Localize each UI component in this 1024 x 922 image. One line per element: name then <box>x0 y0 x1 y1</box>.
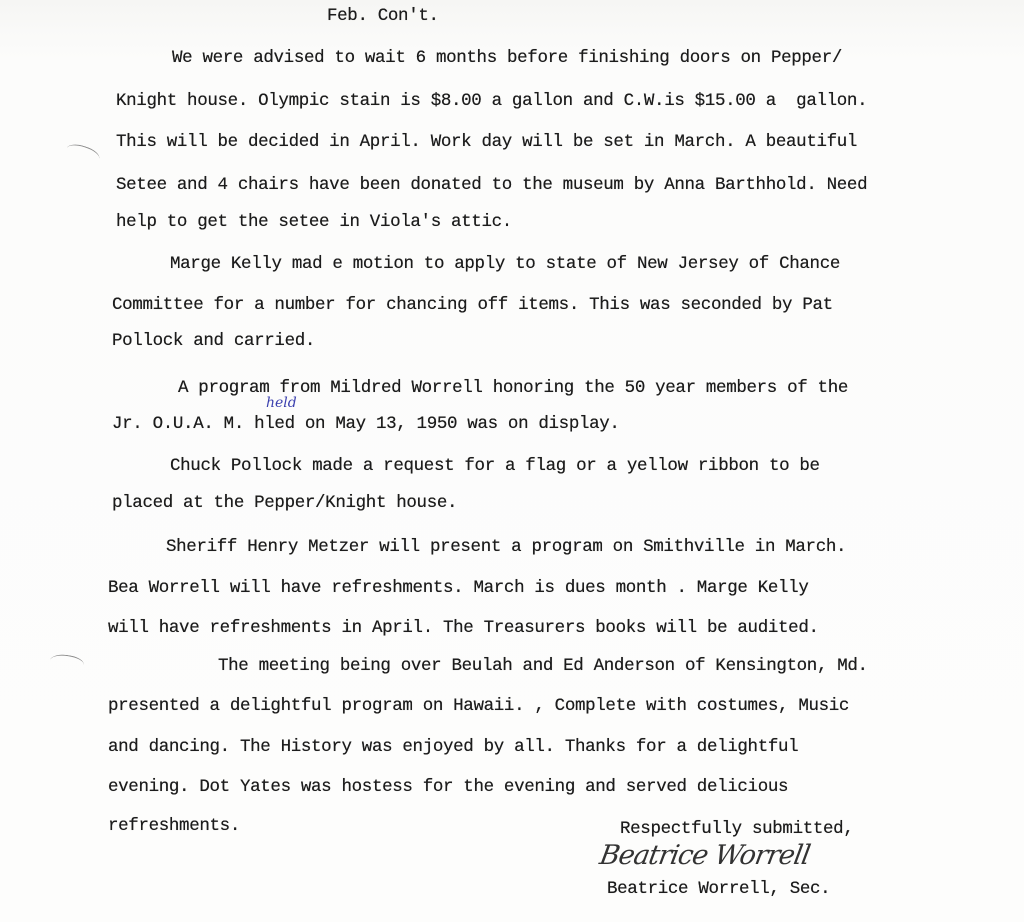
text-line: placed at the Pepper/Knight house. <box>112 495 457 513</box>
typed-minutes-page: Feb. Con't. We were advised to wait 6 mo… <box>0 0 1024 922</box>
margin-pencil-mark <box>49 653 85 673</box>
text-line: Chuck Pollock made a request for a flag … <box>170 458 820 476</box>
text-line: evening. Dot Yates was hostess for the e… <box>108 779 788 797</box>
signer-name: Beatrice Worrell, Sec. <box>607 881 830 899</box>
text-line: Committee for a number for chancing off … <box>112 297 833 315</box>
page-heading: Feb. Con't. <box>327 8 439 26</box>
text-line: Setee and 4 chairs have been donated to … <box>116 177 867 195</box>
text-line: The meeting being over Beulah and Ed And… <box>218 658 868 676</box>
closing-text: Respectfully submitted, <box>620 821 854 839</box>
text-line: will have refreshments in April. The Tre… <box>108 620 819 638</box>
text-line: Jr. O.U.A. M. hled on May 13, 1950 was o… <box>112 416 620 434</box>
text-line: Marge Kelly mad e motion to apply to sta… <box>170 256 840 274</box>
text-line: and dancing. The History was enjoyed by … <box>108 739 798 757</box>
text-line: presented a delightful program on Hawaii… <box>108 698 849 716</box>
text-line: refreshments. <box>108 818 240 836</box>
text-line: help to get the setee in Viola's attic. <box>116 214 512 232</box>
margin-pencil-mark <box>65 141 102 166</box>
text-line: Sheriff Henry Metzer will present a prog… <box>166 539 846 557</box>
text-line: We were advised to wait 6 months before … <box>172 50 842 68</box>
text-line: Pollock and carried. <box>112 333 315 351</box>
text-line: Bea Worrell will have refreshments. Marc… <box>108 580 808 598</box>
handwritten-signature: Beatrice Worrell <box>597 840 812 871</box>
text-line: Knight house. Olympic stain is $8.00 a g… <box>116 93 867 111</box>
text-line: This will be decided in April. Work day … <box>116 134 857 152</box>
handwritten-correction: held <box>266 395 297 411</box>
